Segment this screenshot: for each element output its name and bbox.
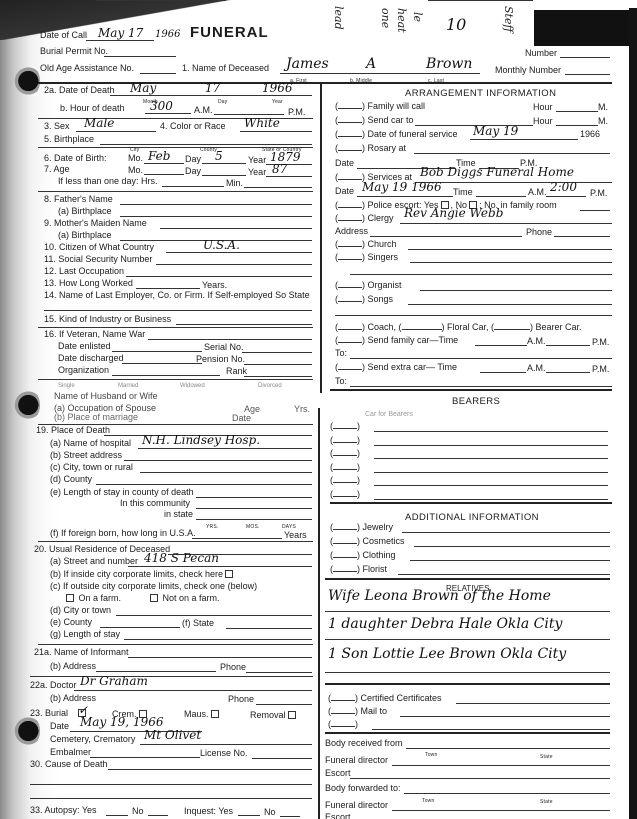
bearer-checkbox[interactable]: () [330,462,360,473]
age-years[interactable]: 87 [272,163,287,176]
on-farm-label: On a farm. [79,593,122,603]
date-of-death-label: 2a. Date of Death [44,85,115,96]
dob-day-label: Day [185,154,201,165]
extra-car-pm-label: P.M. [592,364,609,375]
cause-of-death-label: 30. Cause of Death [30,759,108,770]
sex-label: 3. Sex [44,121,70,132]
spouse-name-label: Name of Husband or Wife [54,391,158,402]
church-label: Church [368,239,397,249]
city-town-label: (d) City or town [50,605,111,616]
inquest-no-field[interactable] [280,816,300,817]
stay-county-label: (e) Length of stay in county of death [50,487,194,498]
deceased-first-name[interactable]: James [286,58,329,71]
relative-entry[interactable]: 1 daughter Debra Hale Okla City [328,618,562,631]
singers-row[interactable]: () Singers [335,252,398,263]
county-e-label: (e) County [50,617,92,628]
veteran-field[interactable] [148,339,312,340]
marriage-place-label: (b) Place of marriage [54,412,138,423]
punch-hole [14,714,40,748]
state-f-label: (f) State [182,618,214,629]
sub-label-mos: MOS. [246,522,260,533]
burial-permit-field[interactable] [104,56,176,57]
inside-city-checkbox[interactable] [225,570,233,578]
margin-note: heat [395,8,408,33]
employer-label: 14. Name of Last Employer, Co. or Firm. … [44,290,310,301]
bearer-name-field[interactable] [374,472,608,473]
monthly-number-label: Monthly Number [495,65,561,76]
body-received-field[interactable] [406,748,610,749]
industry-field[interactable] [176,324,312,325]
monthly-number-field[interactable] [565,74,610,75]
extra-car-to-label: To: [335,376,347,387]
years-label-2: Years [284,530,307,541]
worked-label: 13. How Long Worked [44,278,133,289]
community-label: In this community [120,498,190,509]
race-value[interactable]: White [244,117,280,130]
funeral-director-field[interactable] [392,765,610,766]
doctor-address-label: (b) Address [50,693,96,704]
dob-year-label: Year [248,155,266,166]
funeral-director-label-2: Funeral director [325,800,388,811]
less-than-day-label: If less than one day: Hrs. [58,176,158,187]
clothing-label: Clothing [363,550,396,560]
license-label: License No. [200,748,248,759]
citizen-label: 10. Citizen of What Country [44,242,154,253]
informant-field[interactable] [128,657,312,658]
old-age-assistance-field[interactable] [140,73,176,74]
clergy-row[interactable]: () Clergy [335,213,394,224]
funeral-date-value[interactable]: May 19 [473,125,518,138]
state-f-field[interactable] [226,628,312,629]
burial-date-label: Date [50,721,69,732]
veteran-label: 16. If Veteran, Name War [44,329,145,340]
send-car-m-label: M. [598,116,608,127]
dob-label: 6. Date of Birth: [44,153,107,164]
family-call-label: Family will call [368,101,426,111]
escort-label: Escort [325,768,351,779]
rosary-label: Rosary at [368,143,407,153]
age-label: 7. Age [44,164,70,175]
age-year-label: Year [248,167,266,178]
min-label: Min. [226,178,243,189]
burial-permit-label: Burial Permit No. [40,46,108,57]
ssn-label: 11. Social Security Number [44,254,152,265]
marital-option-widowed[interactable]: Widowed [180,381,205,392]
organist-label: Organist [368,280,402,290]
date-of-call-value[interactable]: May 17 [98,27,143,40]
not-on-farm-checkbox[interactable] [150,594,158,602]
doctor-value[interactable]: Dr Graham [80,675,148,688]
bearer-name-field[interactable] [374,431,608,432]
body-forwarded-field[interactable] [404,793,610,794]
dob-day[interactable]: 5 [215,150,223,163]
removal-label: Removal [250,710,286,720]
margin-note: 10 [446,18,466,31]
mother-name-field[interactable] [160,228,312,229]
deceased-last-name[interactable]: Brown [426,58,472,71]
sub-label-day: Day [218,97,228,108]
birthplace-label: 5. Birthplace [44,134,94,145]
church-row[interactable]: () Church [335,239,397,250]
inquest-no-label: No [264,807,276,818]
foreign-born-label: (f) If foreign born, how long in U.S.A. [50,528,196,539]
hour-of-death-value[interactable]: 300 [150,100,173,113]
coach-label: Coach, ( [368,322,402,332]
family-call-row[interactable]: () Family will call [335,101,425,112]
autopsy-yes-field[interactable] [106,815,128,816]
county-label: (d) County [50,474,92,485]
family-car-to-field[interactable] [350,358,612,359]
bearer-checkbox[interactable]: () [330,489,360,500]
number-label: Number [525,48,557,59]
coach-row[interactable]: () Coach, () Floral Car, () Bearer Car. [335,322,582,333]
extra-car-am-label: A.M. [527,363,546,374]
cosmetics-label: Cosmetics [363,536,405,546]
maus-checkbox[interactable] [211,710,219,718]
removal-option: Removal [250,710,298,721]
doctor-label: 22a. Doctor [30,680,77,691]
florist-label: Florist [363,564,388,574]
funeral-date-label: Date of funeral service [368,129,458,139]
escort-field[interactable] [350,778,610,779]
old-age-assistance-label: Old Age Assistance No. [40,63,134,74]
send-extra-car-row[interactable]: () Send extra car— Time [335,362,457,373]
inside-city-text: (b) If inside city corporate limits, che… [50,569,223,579]
informant-phone-label: Phone [220,662,246,673]
father-name-field[interactable] [120,204,312,205]
clergy-phone-label: Phone [526,227,552,238]
singers-label: Singers [368,252,399,262]
family-car-pm-label: P.M. [592,337,609,348]
dob-mo-label: Mo. [128,153,143,164]
street-address-field[interactable] [124,460,312,461]
occupation-field[interactable] [126,276,312,277]
length-stay-label: (g) Length of stay [50,629,120,640]
blank-row[interactable]: () [328,719,358,730]
pension-label: Pension No. [196,354,245,365]
body-forwarded-label: Body forwarded to: [325,783,401,794]
informant-label: 21a. Name of Informant [34,647,129,658]
doctor-address-field[interactable] [96,0,226,1]
services-value[interactable]: Bob Diggs Funeral Home [420,166,574,179]
citizen-value[interactable]: U.S.A. [203,239,240,252]
inquest-label: Inquest: Yes [184,806,233,817]
sub-label-yrs: YRS. [206,522,218,533]
hour-of-death-label: b. Hour of death [60,103,125,114]
florist-row[interactable]: () Florist [330,564,387,575]
organist-row[interactable]: () Organist [335,280,402,291]
inquest-yes-field[interactable] [238,815,260,816]
margin-note: one [379,8,392,28]
services-am-label: A.M. [528,187,547,198]
number-field[interactable] [560,57,610,58]
rosary-date-label: Date [335,158,354,169]
mother-name-label: 9. Mother's Maiden Name [44,218,147,229]
punch-hole [14,64,40,98]
songs-row[interactable]: () Songs [335,294,393,305]
embalmer-field[interactable] [90,757,200,758]
floral-car-label: ) Floral Car, ( [442,322,495,332]
send-family-car-row[interactable]: () Send family car—Time [335,335,458,346]
hospital-value[interactable]: N.H. Lindsey Hosp. [142,434,260,447]
occupation-label: 12. Last Occupation [44,266,124,277]
organization-label: Organization [58,365,109,376]
family-call-m-label: M. [598,102,608,113]
send-car-hour-label: Hour [533,116,553,127]
autopsy-no-label: No [132,806,144,817]
cemetery-value[interactable]: Mt Olivet [144,729,201,742]
bearer-name-field[interactable] [374,458,608,459]
family-call-hour-label: Hour [533,102,553,113]
worked-field[interactable] [136,288,200,289]
form-title: FUNERAL [190,24,269,41]
age-day-label: Day [185,166,201,177]
father-birthplace-label: (a) Birthplace [58,206,112,217]
marital-option-divorced[interactable]: Divorced [258,381,282,392]
death-month[interactable]: May [130,82,156,95]
inside-city-label: (b) If inside city corporate limits, che… [50,569,235,580]
extra-car-to-field[interactable] [350,386,612,387]
outside-city-label: (c) If outside city corporate limits, ch… [50,581,257,592]
sub-label-state: State [540,752,553,763]
bearer-checkbox[interactable]: () [330,435,360,446]
date-of-call-label: Date of Call [40,30,87,41]
scan-edge [629,8,637,819]
sub-label-town: Town [422,796,434,807]
father-birthplace-field[interactable] [120,216,312,217]
death-year[interactable]: 1966 [262,82,293,95]
doctor-phone-field[interactable] [256,704,312,705]
certified-label: Certified Certificates [361,693,442,703]
marriage-date-label: Date [232,413,251,424]
jewelry-label: Jewelry [363,522,394,532]
funeral-year: 1966 [580,129,600,140]
margin-note: le [411,12,424,22]
sub-label-town: Town [425,750,437,761]
margin-note: lead [332,6,345,30]
city-rural-field[interactable] [140,472,312,473]
family-car-to-label: To: [335,348,347,359]
autopsy-label: 33. Autopsy: Yes [30,805,97,816]
maus-option: Maus. [184,709,221,720]
jewelry-row[interactable]: () Jewelry [330,522,393,533]
cause-of-death-field[interactable] [108,769,312,770]
sex-value[interactable]: Male [84,117,114,130]
certified-row[interactable]: () Certified Certificates [328,693,442,704]
services-time-label: Time [453,187,473,198]
place-of-death-label: 19. Place of Death [36,425,110,436]
bearer-car-label: ) Bearer Car. [530,322,582,332]
sub-label-state: State [540,797,553,808]
clergy-value[interactable]: Rev Angie Webb [404,207,503,220]
am-label: A.M. [194,105,213,116]
autopsy-no-field[interactable] [148,815,168,816]
county-e-field[interactable] [100,627,180,628]
send-car-row[interactable]: () Send car to [335,115,414,126]
hospital-label: (a) Name of hospital [50,438,131,449]
family-room-field[interactable] [580,210,610,211]
clergy-address-label: Address [335,226,368,237]
on-farm-checkbox[interactable] [66,594,74,602]
deceased-name-label: 1. Name of Deceased [182,63,269,74]
enlisted-label: Date enlisted [58,341,111,352]
bearer-name-field[interactable] [374,499,608,500]
family-car-am-label: A.M. [527,336,546,347]
margin-note: Steff [502,6,515,32]
in-state-label: in state [164,509,193,520]
doctor-phone-label: Phone [228,694,254,705]
death-day[interactable]: 17 [205,82,220,95]
body-received-label: Body received from [325,738,403,749]
punch-hole [14,388,40,422]
bearer-checkbox[interactable]: () [330,421,360,432]
songs-label: Songs [368,294,394,304]
street-address-label: (b) Street address [50,450,122,461]
serial-label: Serial No. [204,342,244,353]
bearer-checkbox[interactable]: () [330,475,360,486]
sub-label-year: Year [272,97,283,108]
escort-label-2: Escort [325,812,351,819]
services-date-label: Date [335,186,354,197]
not-on-farm-label: Not on a farm. [163,593,220,603]
clergy-phone-field[interactable] [554,236,610,237]
spouse-yrs-label: Yrs. [294,404,310,415]
informant-address-label: (b) Address [50,661,96,672]
cosmetics-row[interactable]: () Cosmetics [330,536,405,547]
age-mo-label: Mo. [128,165,143,176]
embalmer-label: Embalmer [50,747,91,758]
dob-month[interactable]: Feb [148,150,170,163]
pm-label: P.M. [288,107,305,118]
clothing-row[interactable]: () Clothing [330,550,396,561]
relative-entry[interactable]: Wife Leona Brown of the Home [328,590,551,603]
industry-label: 15. Kind of Industry or Business [44,314,171,325]
city-rural-label: (c) City, town or rural [50,462,133,473]
bearer-name-field[interactable] [374,485,608,486]
additional-info-header: ADDITIONAL INFORMATION [405,512,539,523]
street-number-label: (a) Street and number [50,556,138,567]
mother-birthplace-label: (a) Birthplace [58,230,112,241]
mail-to-label: Mail to [361,706,388,716]
county-field[interactable] [96,484,312,485]
street-number-value[interactable]: 418 S Pecan [144,552,219,565]
informant-phone-field[interactable] [246,672,312,673]
employer-field[interactable] [44,310,312,311]
informant-address-field[interactable] [96,671,216,672]
date-of-call-year[interactable]: 1966 [155,28,180,41]
discharged-label: Date discharged [58,353,124,364]
burial-label: 23. Burial [30,708,68,719]
funeral-director-field-2[interactable] [392,810,610,811]
deceased-middle-name[interactable]: A [366,58,376,71]
funeral-record-form: Date of Call May 17 1966 FUNERAL lead on… [0,0,637,819]
send-car-label: Send car to [368,115,414,125]
clergy-label: Clergy [368,213,394,223]
arrangement-header: ARRANGEMENT INFORMATION [405,88,556,99]
cemetery-label: Cemetery, Crematory [50,734,135,745]
removal-checkbox[interactable] [288,711,296,719]
ssn-field[interactable] [156,264,312,265]
car-for-bearers-label: Car for Bearers [365,409,413,420]
relative-entry[interactable]: 1 Son Lottie Lee Brown Okla City [328,648,566,661]
length-stay-field[interactable] [124,639,312,640]
send-extra-car-label: Send extra car— Time [368,362,458,372]
clergy-address-field[interactable] [370,236,522,237]
father-name-label: 8. Father's Name [44,194,113,205]
license-field[interactable] [252,758,312,759]
funeral-director-label: Funeral director [325,755,388,766]
race-label: 4. Color or Race [160,121,226,132]
rosary-row[interactable]: () Rosary at [335,143,406,154]
bearers-header: BEARERS [452,396,500,407]
bearer-checkbox[interactable]: () [330,448,360,459]
city-town-field[interactable] [116,615,312,616]
redaction-bar [534,10,629,46]
maus-label: Maus. [184,709,209,719]
services-time-value[interactable]: 2:00 [550,181,577,194]
bearer-name-field[interactable] [374,445,608,446]
services-pm-label: P.M. [590,188,607,199]
funeral-date-row[interactable]: () Date of funeral service [335,129,458,140]
send-family-car-label: Send family car—Time [368,335,459,345]
services-date-value[interactable]: May 19 1966 [362,181,442,194]
mail-to-row[interactable]: () Mail to [328,706,387,717]
